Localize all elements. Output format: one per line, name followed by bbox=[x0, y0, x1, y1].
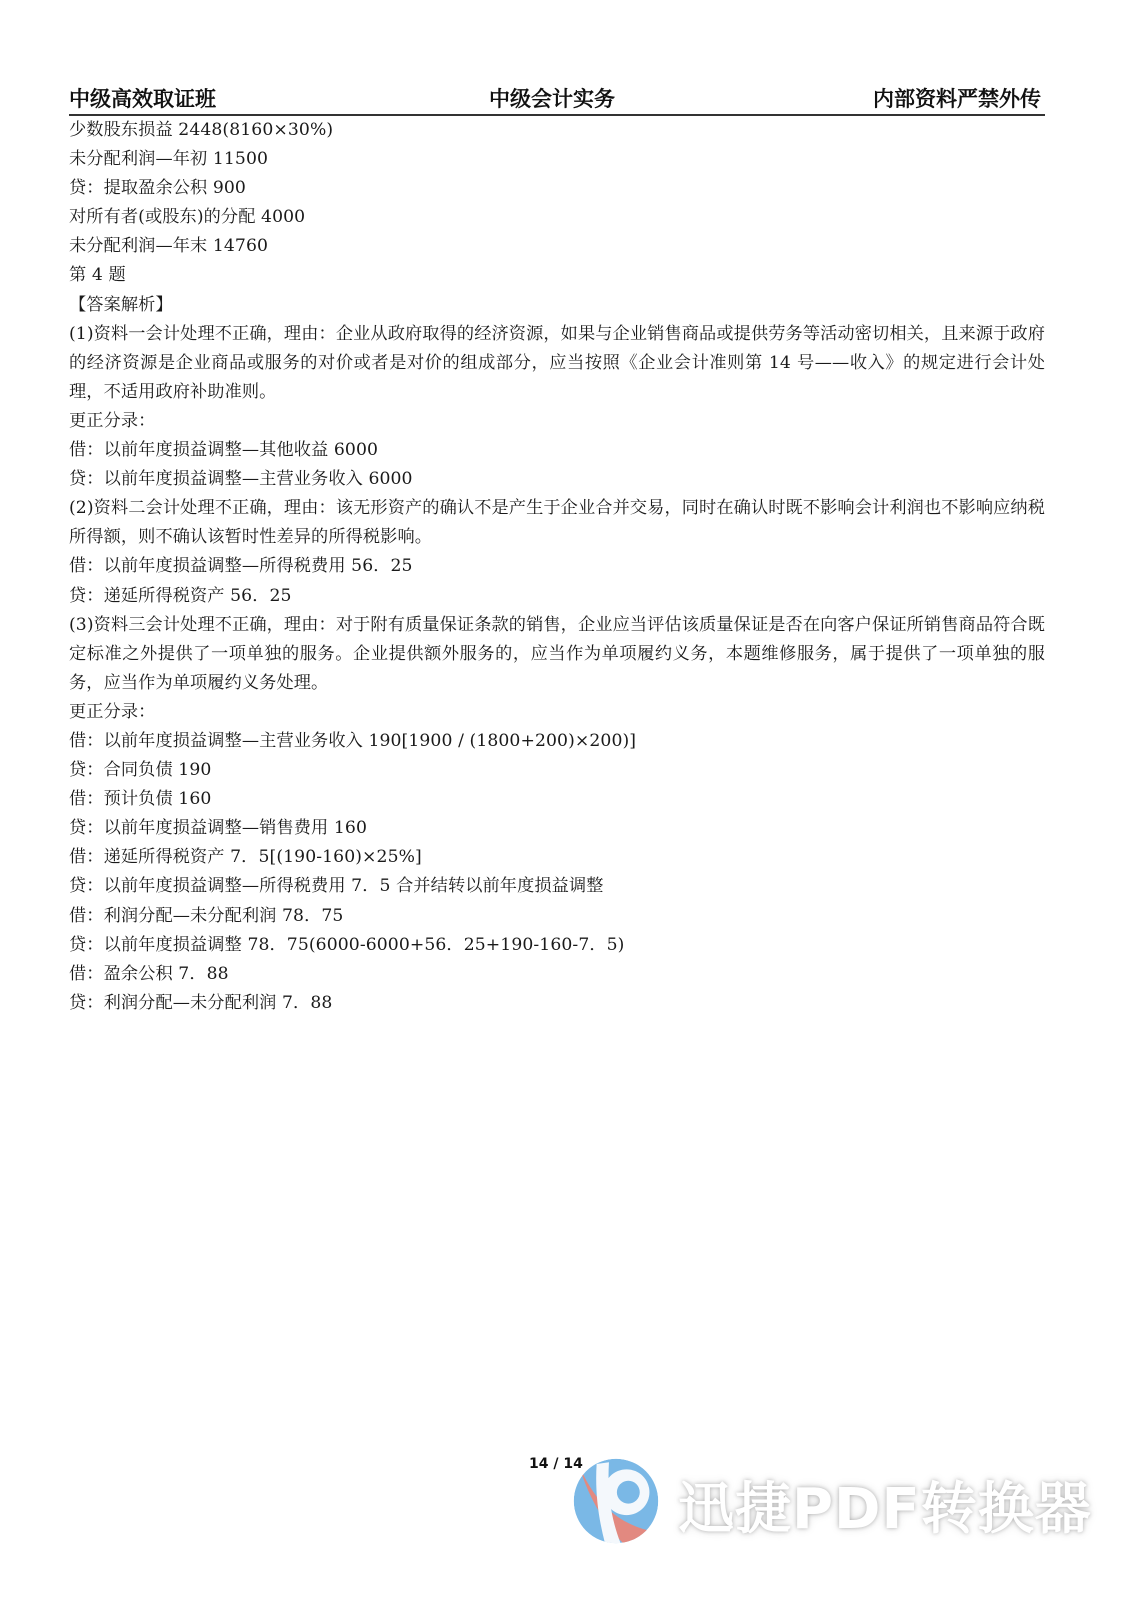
xunjie-pdf-logo-icon bbox=[572, 1457, 660, 1545]
debit-entry: 借：预计负债 160 bbox=[69, 785, 1045, 814]
credit-entry: 贷：以前年度损益调整 78．75(6000-6000+56．25+190-160… bbox=[69, 931, 1045, 960]
analysis-paragraph-1: (1)资料一会计处理不正确，理由：企业从政府取得的经济资源，如果与企业销售商品或… bbox=[69, 320, 1045, 407]
debit-entry: 借：递延所得税资产 7．5[(190-160)×25%] bbox=[69, 843, 1045, 872]
converter-watermark: 迅捷PDF转换器 bbox=[572, 1455, 1092, 1565]
analysis-paragraph-2: (2)资料二会计处理不正确，理由：该无形资产的确认不是产生于企业合并交易，同时在… bbox=[69, 494, 1045, 552]
entry-line: 少数股东损益 2448(8160×30%) bbox=[69, 116, 1045, 145]
debit-entry: 借：盈余公积 7．88 bbox=[69, 960, 1045, 989]
credit-entry: 贷：合同负债 190 bbox=[69, 756, 1045, 785]
watermark-text: 迅捷PDF转换器 bbox=[678, 1465, 1092, 1545]
header-confidential-notice: 内部资料严禁外传 bbox=[873, 83, 1041, 113]
analysis-paragraph-3: (3)资料三会计处理不正确，理由：对于附有质量保证条款的销售，企业应当评估该质量… bbox=[69, 611, 1045, 698]
correction-entry-heading: 更正分录： bbox=[69, 698, 1045, 727]
credit-entry: 贷：以前年度损益调整—销售费用 160 bbox=[69, 814, 1045, 843]
page-header: 中级高效取证班 中级会计实务 内部资料严禁外传 bbox=[69, 80, 1045, 116]
header-course-name: 中级高效取证班 bbox=[69, 83, 216, 113]
debit-entry: 借：以前年度损益调整—所得税费用 56．25 bbox=[69, 552, 1045, 581]
credit-entry: 贷：利润分配—未分配利润 7．88 bbox=[69, 989, 1045, 1018]
question-number: 第 4 题 bbox=[69, 261, 1045, 290]
document-body: 少数股东损益 2448(8160×30%) 未分配利润—年初 11500 贷：提… bbox=[69, 116, 1045, 1018]
entry-line: 对所有者(或股东)的分配 4000 bbox=[69, 203, 1045, 232]
debit-entry: 借：以前年度损益调整—主营业务收入 190[1900 / (1800+200)×… bbox=[69, 727, 1045, 756]
entry-line: 贷：提取盈余公积 900 bbox=[69, 174, 1045, 203]
answer-analysis-heading: 【答案解析】 bbox=[69, 291, 1045, 320]
debit-entry: 借：利润分配—未分配利润 78．75 bbox=[69, 902, 1045, 931]
header-subject: 中级会计实务 bbox=[489, 83, 615, 113]
credit-entry: 贷：递延所得税资产 56．25 bbox=[69, 582, 1045, 611]
debit-entry: 借：以前年度损益调整—其他收益 6000 bbox=[69, 436, 1045, 465]
correction-entry-heading: 更正分录： bbox=[69, 407, 1045, 436]
page-number: 14 / 14 bbox=[529, 1456, 583, 1472]
entry-line: 未分配利润—年初 11500 bbox=[69, 145, 1045, 174]
entry-line: 未分配利润—年末 14760 bbox=[69, 232, 1045, 261]
credit-entry: 贷：以前年度损益调整—主营业务收入 6000 bbox=[69, 465, 1045, 494]
credit-entry: 贷：以前年度损益调整—所得税费用 7．5 合并结转以前年度损益调整 bbox=[69, 872, 1045, 901]
